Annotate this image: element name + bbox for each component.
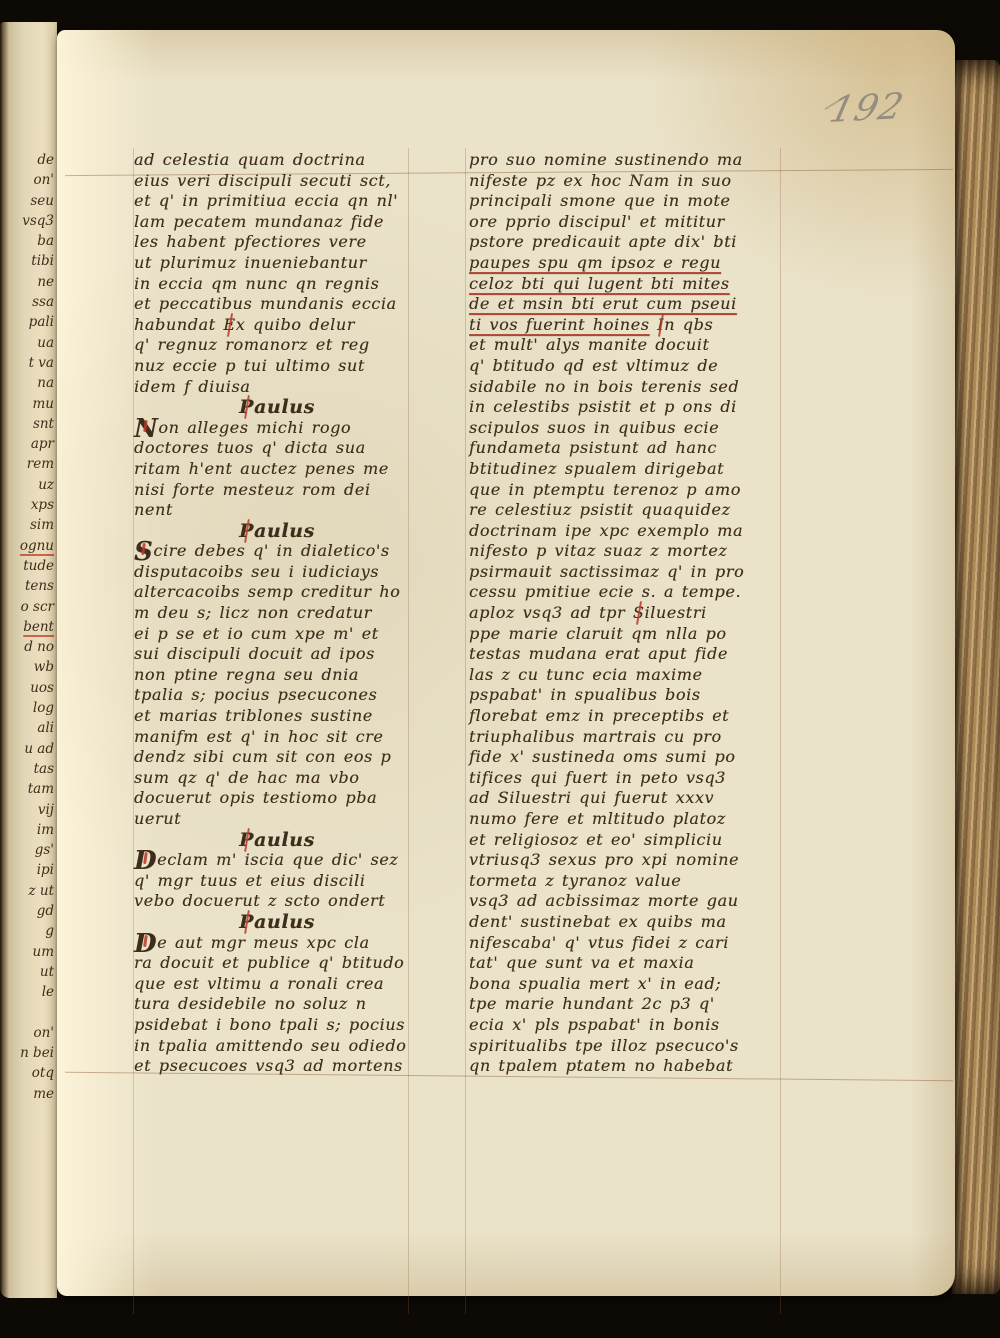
- gutter-fragment: tam: [4, 779, 54, 799]
- gutter-fragment: tas: [4, 759, 54, 779]
- section-heading: Paulus: [134, 521, 420, 542]
- rubric-underlined-text: celoz bti qui lugent bti mites: [469, 274, 730, 293]
- text-line: q' mgr tuus et eius discili: [134, 871, 420, 892]
- text-line: tat' que sunt va et maxia: [469, 953, 789, 974]
- gutter-fragment: u ad: [4, 739, 54, 759]
- text-line: vsq3 ad acbissimaz morte gau: [469, 891, 789, 912]
- text-line: nifescaba' q' vtus fidei z cari: [469, 933, 789, 954]
- gutter-fragment: on': [4, 1023, 54, 1043]
- text-line: ei p se et io cum xpe m' et: [134, 624, 420, 645]
- gutter-fragment: xps: [4, 495, 54, 515]
- text-line: pstore predicauit apte dix' bti: [469, 232, 789, 253]
- gutter-fragment: vsq3: [4, 211, 54, 231]
- text-line: q' btitudo qd est vltimuz de: [469, 356, 789, 377]
- text-line: ti vos fuerint hoines In qbs: [469, 315, 789, 336]
- gutter-fragment: on': [4, 170, 54, 190]
- rubric-touched-initial: N: [134, 424, 158, 434]
- facing-page-sliver: deon'seuvsq3batibinessapaliuat vanamusnt…: [0, 22, 57, 1298]
- gutter-fragment: tibi: [4, 251, 54, 271]
- ruling-line-vertical-right-column-start: [465, 148, 466, 1314]
- rubric-touched-initial: P: [239, 912, 254, 933]
- rubric-touched-initial: S: [134, 547, 153, 557]
- gutter-fragment: uz: [4, 475, 54, 495]
- text-line: nent: [134, 500, 420, 521]
- rubric-underlined-text: ti vos fuerint hoines: [469, 315, 650, 334]
- text-line: las z cu tunc ecia maxime: [469, 665, 789, 686]
- text-line: ore pprio discipul' et mititur: [469, 212, 789, 233]
- text-line: docuerut opis testiomo pba: [134, 788, 420, 809]
- text-line: vebo docuerut z scto ondert: [134, 891, 420, 912]
- book-photo: { "page": { "folio_number": "192", "colo…: [0, 0, 1000, 1338]
- text-line: Scire debes q' in dialetico's: [134, 541, 420, 562]
- text-line: sidabile no in bois terenis sed: [469, 377, 789, 398]
- text-line: tifices qui fuert in peto vsq3: [469, 768, 789, 789]
- text-line: uerut: [134, 809, 420, 830]
- gutter-fragment: bent: [4, 617, 54, 637]
- text-line: ppe marie claruit qm nlla po: [469, 624, 789, 645]
- text-line: eius veri discipuli secuti sct,: [134, 171, 420, 192]
- rubric-underlined-text: paupes spu qm ipsoz e regu: [469, 253, 721, 272]
- text-line: tura desidebile no soluz n: [134, 994, 420, 1015]
- text-line: nuz eccie p tui ultimo sut: [134, 356, 420, 377]
- text-line: q' regnuz romanorz et reg: [134, 335, 420, 356]
- gutter-fragment: ba: [4, 231, 54, 251]
- text-line: et religiosoz et eo' simpliciu: [469, 830, 789, 851]
- gutter-fragment: t va: [4, 353, 54, 373]
- text-line: que est vltimu a ronali crea: [134, 974, 420, 995]
- text-line: ut plurimuz inueniebantur: [134, 253, 420, 274]
- text-line: non ptine regna seu dnia: [134, 665, 420, 686]
- gutter-fragment: uos: [4, 678, 54, 698]
- gutter-fragment: gs': [4, 840, 54, 860]
- text-line: scipulos suos in quibus ecie: [469, 418, 789, 439]
- text-line: fide x' sustineda oms sumi po: [469, 747, 789, 768]
- gutter-fragment: g: [4, 921, 54, 941]
- text-line: ad Siluestri qui fuerut xxxv: [469, 788, 789, 809]
- gutter-fragment: de: [4, 150, 54, 170]
- manuscript-page: 192 ad celestia quam doctrinaeius veri d…: [57, 30, 955, 1296]
- gutter-fragment: apr: [4, 434, 54, 454]
- gutter-fragment: um: [4, 942, 54, 962]
- text-line: nifesto p vitaz suaz z mortez: [469, 541, 789, 562]
- text-line: doctores tuos q' dicta sua: [134, 438, 420, 459]
- gutter-fragment: ssa: [4, 292, 54, 312]
- text-line: Non alleges michi rogo: [134, 418, 420, 439]
- text-line: psirmauit sactissimaz q' in pro: [469, 562, 789, 583]
- text-line: De aut mgr meus xpc cla: [134, 933, 420, 954]
- text-line: sui discipuli docuit ad ipos: [134, 644, 420, 665]
- gutter-fragment: ne: [4, 272, 54, 292]
- gutter-fragment: seu: [4, 191, 54, 211]
- text-line: m deu s; licz non credatur: [134, 603, 420, 624]
- text-line: numo fere et mltitudo platoz: [469, 809, 789, 830]
- text-line: fundameta psistunt ad hanc: [469, 438, 789, 459]
- section-heading: Paulus: [134, 912, 420, 933]
- gutter-fragment: ipi: [4, 860, 54, 880]
- text-line: in tpalia amittendo seu odiedo: [134, 1036, 420, 1057]
- text-line: Declam m' iscia que dic' sez: [134, 850, 420, 871]
- gutter-fragment: otq: [4, 1063, 54, 1083]
- text-line: ecia x' pls pspabat' in bonis: [469, 1015, 789, 1036]
- rubric-underlined-text: ognu: [20, 538, 54, 554]
- text-line: pspabat' in spualibus bois: [469, 685, 789, 706]
- text-line: disputacoibs seu i iudiciays: [134, 562, 420, 583]
- text-line: nisi forte mesteuz rom dei: [134, 480, 420, 501]
- folio-number: 192: [826, 86, 908, 131]
- gutter-fragment: ali: [4, 718, 54, 738]
- gutter-fragment: pali: [4, 312, 54, 332]
- text-line: pro suo nomine sustinendo ma: [469, 150, 789, 171]
- text-line: btitudinez spualem dirigebat: [469, 459, 789, 480]
- rubric-touched-initial: P: [239, 397, 254, 418]
- gutter-fragment: log: [4, 698, 54, 718]
- gutter-fragment: im: [4, 820, 54, 840]
- gutter-fragment: ua: [4, 333, 54, 353]
- text-line: manifm est q' in hoc sit cre: [134, 727, 420, 748]
- text-line: nifeste pz ex hoc Nam in suo: [469, 171, 789, 192]
- book-fore-edge: [952, 60, 1000, 1294]
- rubric-touched-initial: P: [239, 830, 254, 851]
- gutter-fragment: o scr: [4, 597, 54, 617]
- gutter-fragment: ognu: [4, 536, 54, 556]
- text-line: altercacoibs semp creditur ho: [134, 582, 420, 603]
- gutter-fragment: z ut: [4, 881, 54, 901]
- gutter-fragment: le: [4, 982, 54, 1002]
- text-line: re celestiuz psistit quaquidez: [469, 500, 789, 521]
- text-line: et mult' alys manite docuit: [469, 335, 789, 356]
- rubric-touched-initial: D: [134, 856, 157, 866]
- rubric-touched-initial: E: [223, 315, 235, 336]
- text-line: triuphalibus martrais cu pro: [469, 727, 789, 748]
- text-line: et q' in primitiua eccia qn nl': [134, 191, 420, 212]
- text-line: in celestibs psistit et p ons di: [469, 397, 789, 418]
- gutter-fragment: gd: [4, 901, 54, 921]
- text-line: testas mudana erat aput fide: [469, 644, 789, 665]
- gutter-fragment: me: [4, 1084, 54, 1104]
- right-column: pro suo nomine sustinendo manifeste pz e…: [469, 150, 789, 1077]
- gutter-fragment: mu: [4, 394, 54, 414]
- rubric-touched-initial: S: [633, 603, 645, 624]
- text-line: sum qz q' de hac ma vbo: [134, 768, 420, 789]
- section-heading: Paulus: [134, 830, 420, 851]
- gutter-fragment: na: [4, 373, 54, 393]
- gutter-fragment: ut: [4, 962, 54, 982]
- rubric-touched-initial: I: [657, 315, 664, 336]
- text-line: les habent pfectiores vere: [134, 232, 420, 253]
- text-line: dent' sustinebat ex quibs ma: [469, 912, 789, 933]
- section-heading: Paulus: [134, 397, 420, 418]
- gutter-fragment: rem: [4, 454, 54, 474]
- rubric-underlined-text: bent: [23, 619, 54, 635]
- text-line: qn tpalem ptatem no habebat: [469, 1056, 789, 1077]
- gutter-fragment: tens: [4, 576, 54, 596]
- gutter-fragments: deon'seuvsq3batibinessapaliuat vanamusnt…: [4, 150, 54, 1104]
- text-line: psidebat i bono tpali s; pocius: [134, 1015, 420, 1036]
- text-line: habundat Ex quibo delur: [134, 315, 420, 336]
- text-line: tpe marie hundant 2c p3 q': [469, 994, 789, 1015]
- left-column: ad celestia quam doctrinaeius veri disci…: [134, 150, 420, 1077]
- text-line: cessu pmitiue ecie s. a tempe.: [469, 582, 789, 603]
- text-line: aploz vsq3 ad tpr Siluestri: [469, 603, 789, 624]
- text-line: de et msin bti erut cum pseui: [469, 294, 789, 315]
- gutter-fragment: snt: [4, 414, 54, 434]
- gutter-fragment: wb: [4, 657, 54, 677]
- text-line: ad celestia quam doctrina: [134, 150, 420, 171]
- rubric-touched-initial: D: [134, 939, 157, 949]
- text-line: tormeta z tyranoz value: [469, 871, 789, 892]
- gutter-fragment: n bei: [4, 1043, 54, 1063]
- gutter-fragment: sim: [4, 515, 54, 535]
- gutter-fragment: [4, 1002, 54, 1022]
- text-line: que in ptemptu terenoz p amo: [469, 480, 789, 501]
- gutter-fragment: vij: [4, 800, 54, 820]
- text-line: principali smone que in mote: [469, 191, 789, 212]
- text-line: ra docuit et publice q' btitudo: [134, 953, 420, 974]
- gutter-fragment: d no: [4, 637, 54, 657]
- text-line: spiritualibs tpe illoz psecuco's: [469, 1036, 789, 1057]
- text-line: celoz bti qui lugent bti mites: [469, 274, 789, 295]
- text-line: ritam h'ent auctez penes me: [134, 459, 420, 480]
- text-line: et marias triblones sustine: [134, 706, 420, 727]
- text-line: doctrinam ipe xpc exemplo ma: [469, 521, 789, 542]
- text-line: et psecucoes vsq3 ad mortens: [134, 1056, 420, 1077]
- text-line: vtriusq3 sexus pro xpi nomine: [469, 850, 789, 871]
- text-line: idem f diuisa: [134, 377, 420, 398]
- text-line: et peccatibus mundanis eccia: [134, 294, 420, 315]
- gutter-fragment: tude: [4, 556, 54, 576]
- text-line: lam pecatem mundanaz fide: [134, 212, 420, 233]
- rubric-underlined-text: de et msin bti erut cum pseui: [469, 294, 737, 313]
- rubric-touched-initial: P: [239, 521, 254, 542]
- text-line: dendz sibi cum sit con eos p: [134, 747, 420, 768]
- text-line: bona spualia mert x' in ead;: [469, 974, 789, 995]
- text-line: paupes spu qm ipsoz e regu: [469, 253, 789, 274]
- text-line: florebat emz in preceptibs et: [469, 706, 789, 727]
- text-line: tpalia s; pocius psecucones: [134, 685, 420, 706]
- text-line: in eccia qm nunc qn regnis: [134, 274, 420, 295]
